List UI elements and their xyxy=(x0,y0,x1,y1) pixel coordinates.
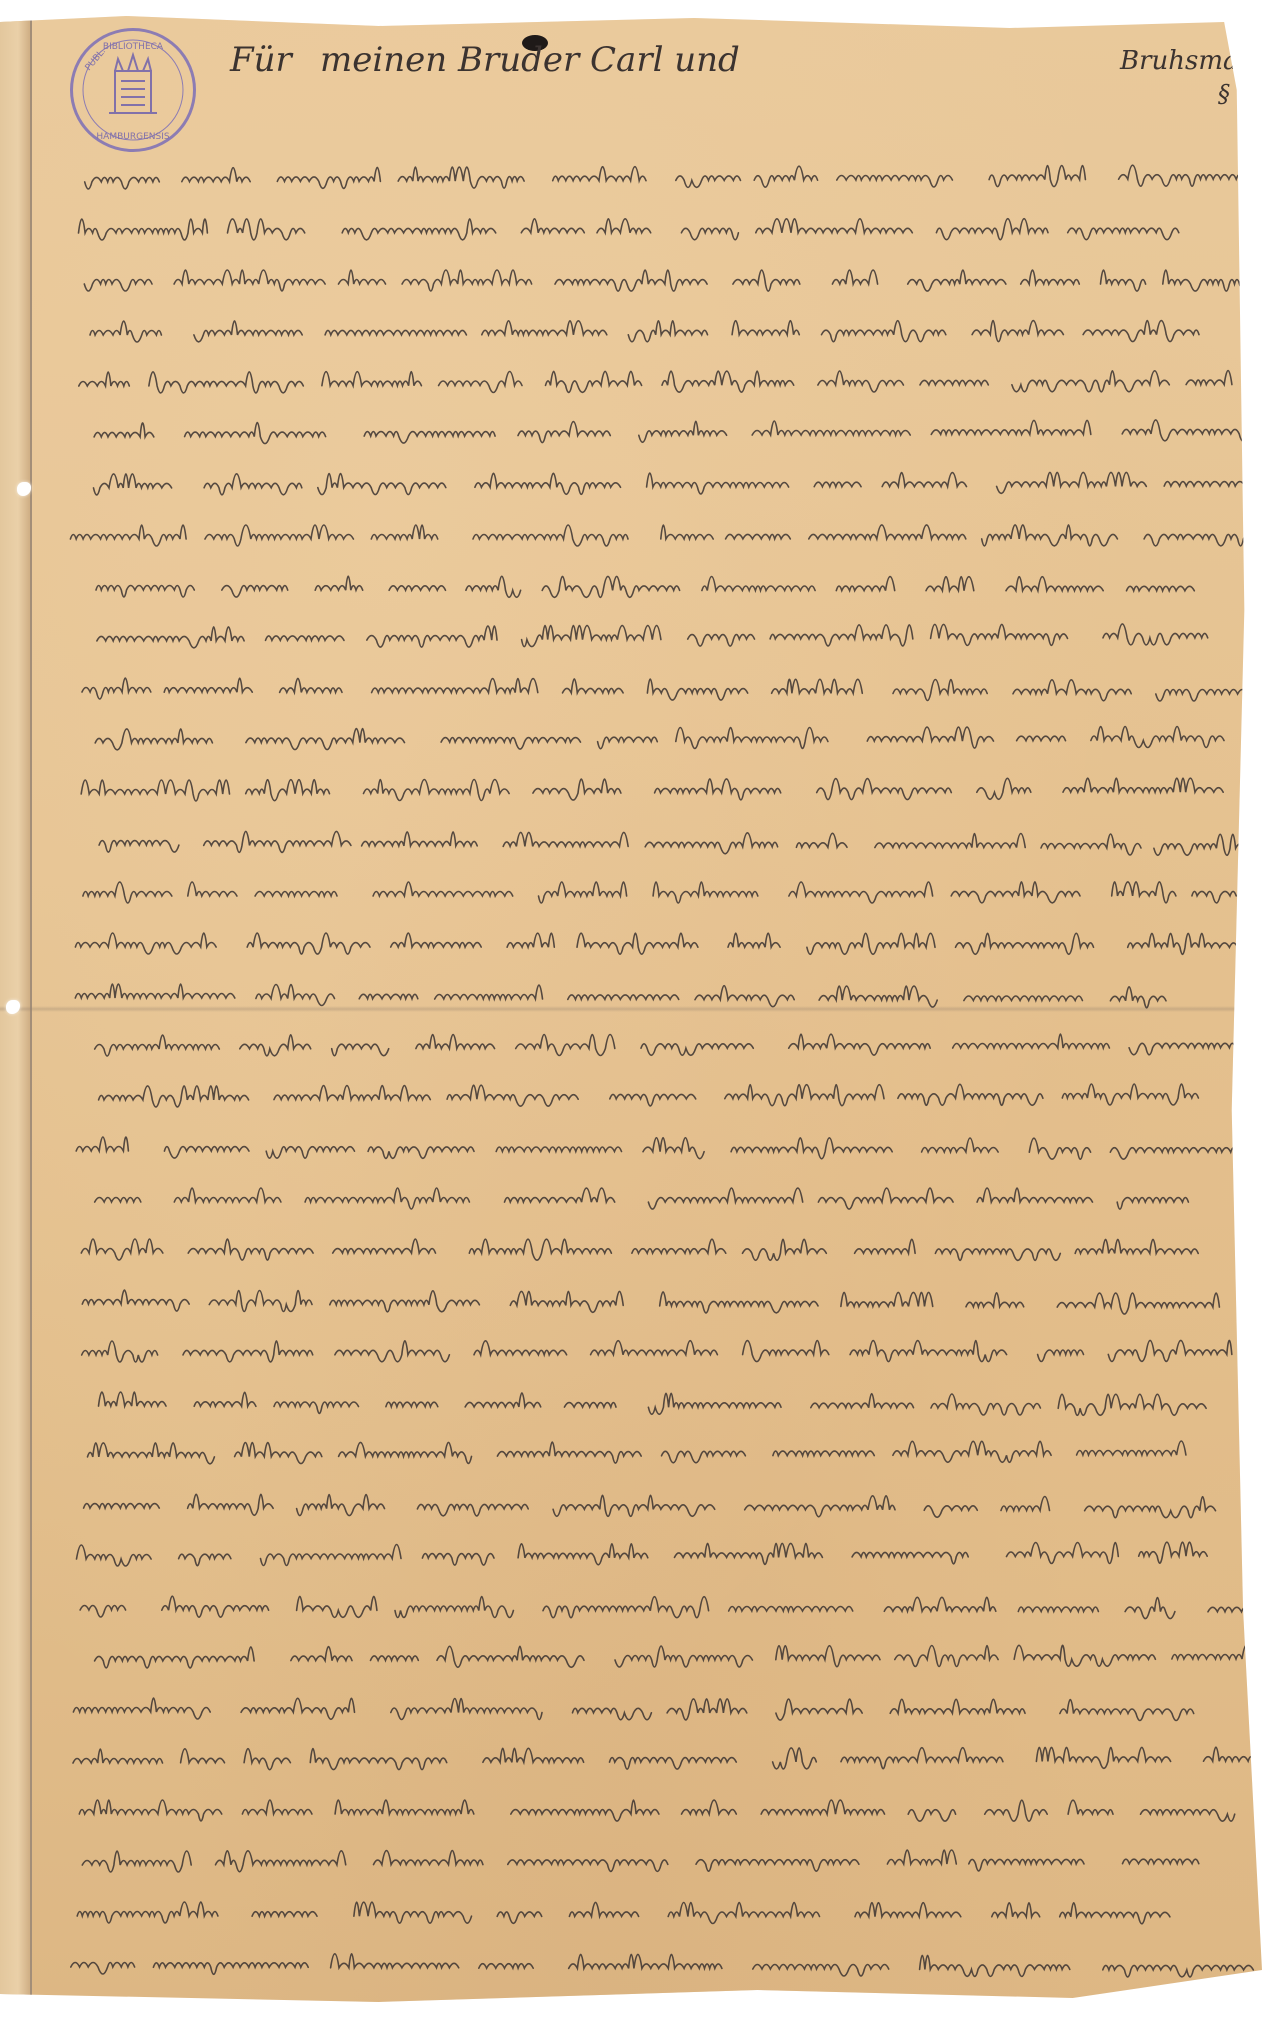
handwritten-line xyxy=(60,354,1240,405)
handwritten-line xyxy=(60,864,1240,915)
handwritten-line xyxy=(60,660,1240,711)
handwritten-line xyxy=(60,1935,1240,1986)
manuscript-page: BIBLIOTHECA HAMBURGENSIS PUBL. Für meine… xyxy=(0,10,1262,2010)
handwritten-line xyxy=(60,252,1240,303)
handwritten-line xyxy=(60,1527,1240,1578)
castle-icon: BIBLIOTHECA HAMBURGENSIS PUBL. xyxy=(73,31,193,149)
handwritten-line xyxy=(60,1119,1240,1170)
handwritten-line xyxy=(60,915,1240,966)
handwritten-line xyxy=(60,1782,1240,1833)
corner-note: Bruhsmann xyxy=(1120,46,1272,76)
handwritten-line xyxy=(60,1833,1240,1884)
handwritten-line xyxy=(60,1731,1240,1782)
handwritten-line xyxy=(60,558,1240,609)
handwritten-line xyxy=(60,1170,1240,1221)
svg-text:HAMBURGENSIS: HAMBURGENSIS xyxy=(96,132,169,142)
handwritten-line xyxy=(60,762,1240,813)
letter-body xyxy=(60,150,1240,1986)
handwritten-line xyxy=(60,507,1240,558)
library-stamp: BIBLIOTHECA HAMBURGENSIS PUBL. xyxy=(70,28,196,152)
handwritten-line xyxy=(60,1017,1240,1068)
handwritten-line xyxy=(60,456,1240,507)
handwritten-line xyxy=(60,1425,1240,1476)
svg-text:PUBL.: PUBL. xyxy=(84,47,108,73)
handwritten-line xyxy=(60,966,1240,1017)
handwritten-line xyxy=(60,711,1240,762)
handwritten-line xyxy=(60,1680,1240,1731)
handwritten-line xyxy=(60,1578,1240,1629)
handwritten-line xyxy=(60,813,1240,864)
handwritten-line xyxy=(60,1221,1240,1272)
handwritten-line xyxy=(60,201,1240,252)
heading-prefix: Für xyxy=(230,40,292,80)
handwritten-line xyxy=(60,1374,1240,1425)
svg-text:BIBLIOTHECA: BIBLIOTHECA xyxy=(103,42,164,52)
handwritten-line xyxy=(60,1323,1240,1374)
corner-mark: § xyxy=(1218,80,1230,108)
handwritten-line xyxy=(60,1272,1240,1323)
handwritten-line xyxy=(60,1476,1240,1527)
heading-words: meinen Bruder Carl und xyxy=(320,40,740,80)
handwritten-line xyxy=(60,1884,1240,1935)
handwritten-line xyxy=(60,1068,1240,1119)
handwritten-line xyxy=(60,1629,1240,1680)
handwritten-line xyxy=(60,609,1240,660)
handwritten-line xyxy=(60,405,1240,456)
handwritten-line xyxy=(60,150,1240,201)
handwritten-line xyxy=(60,303,1240,354)
